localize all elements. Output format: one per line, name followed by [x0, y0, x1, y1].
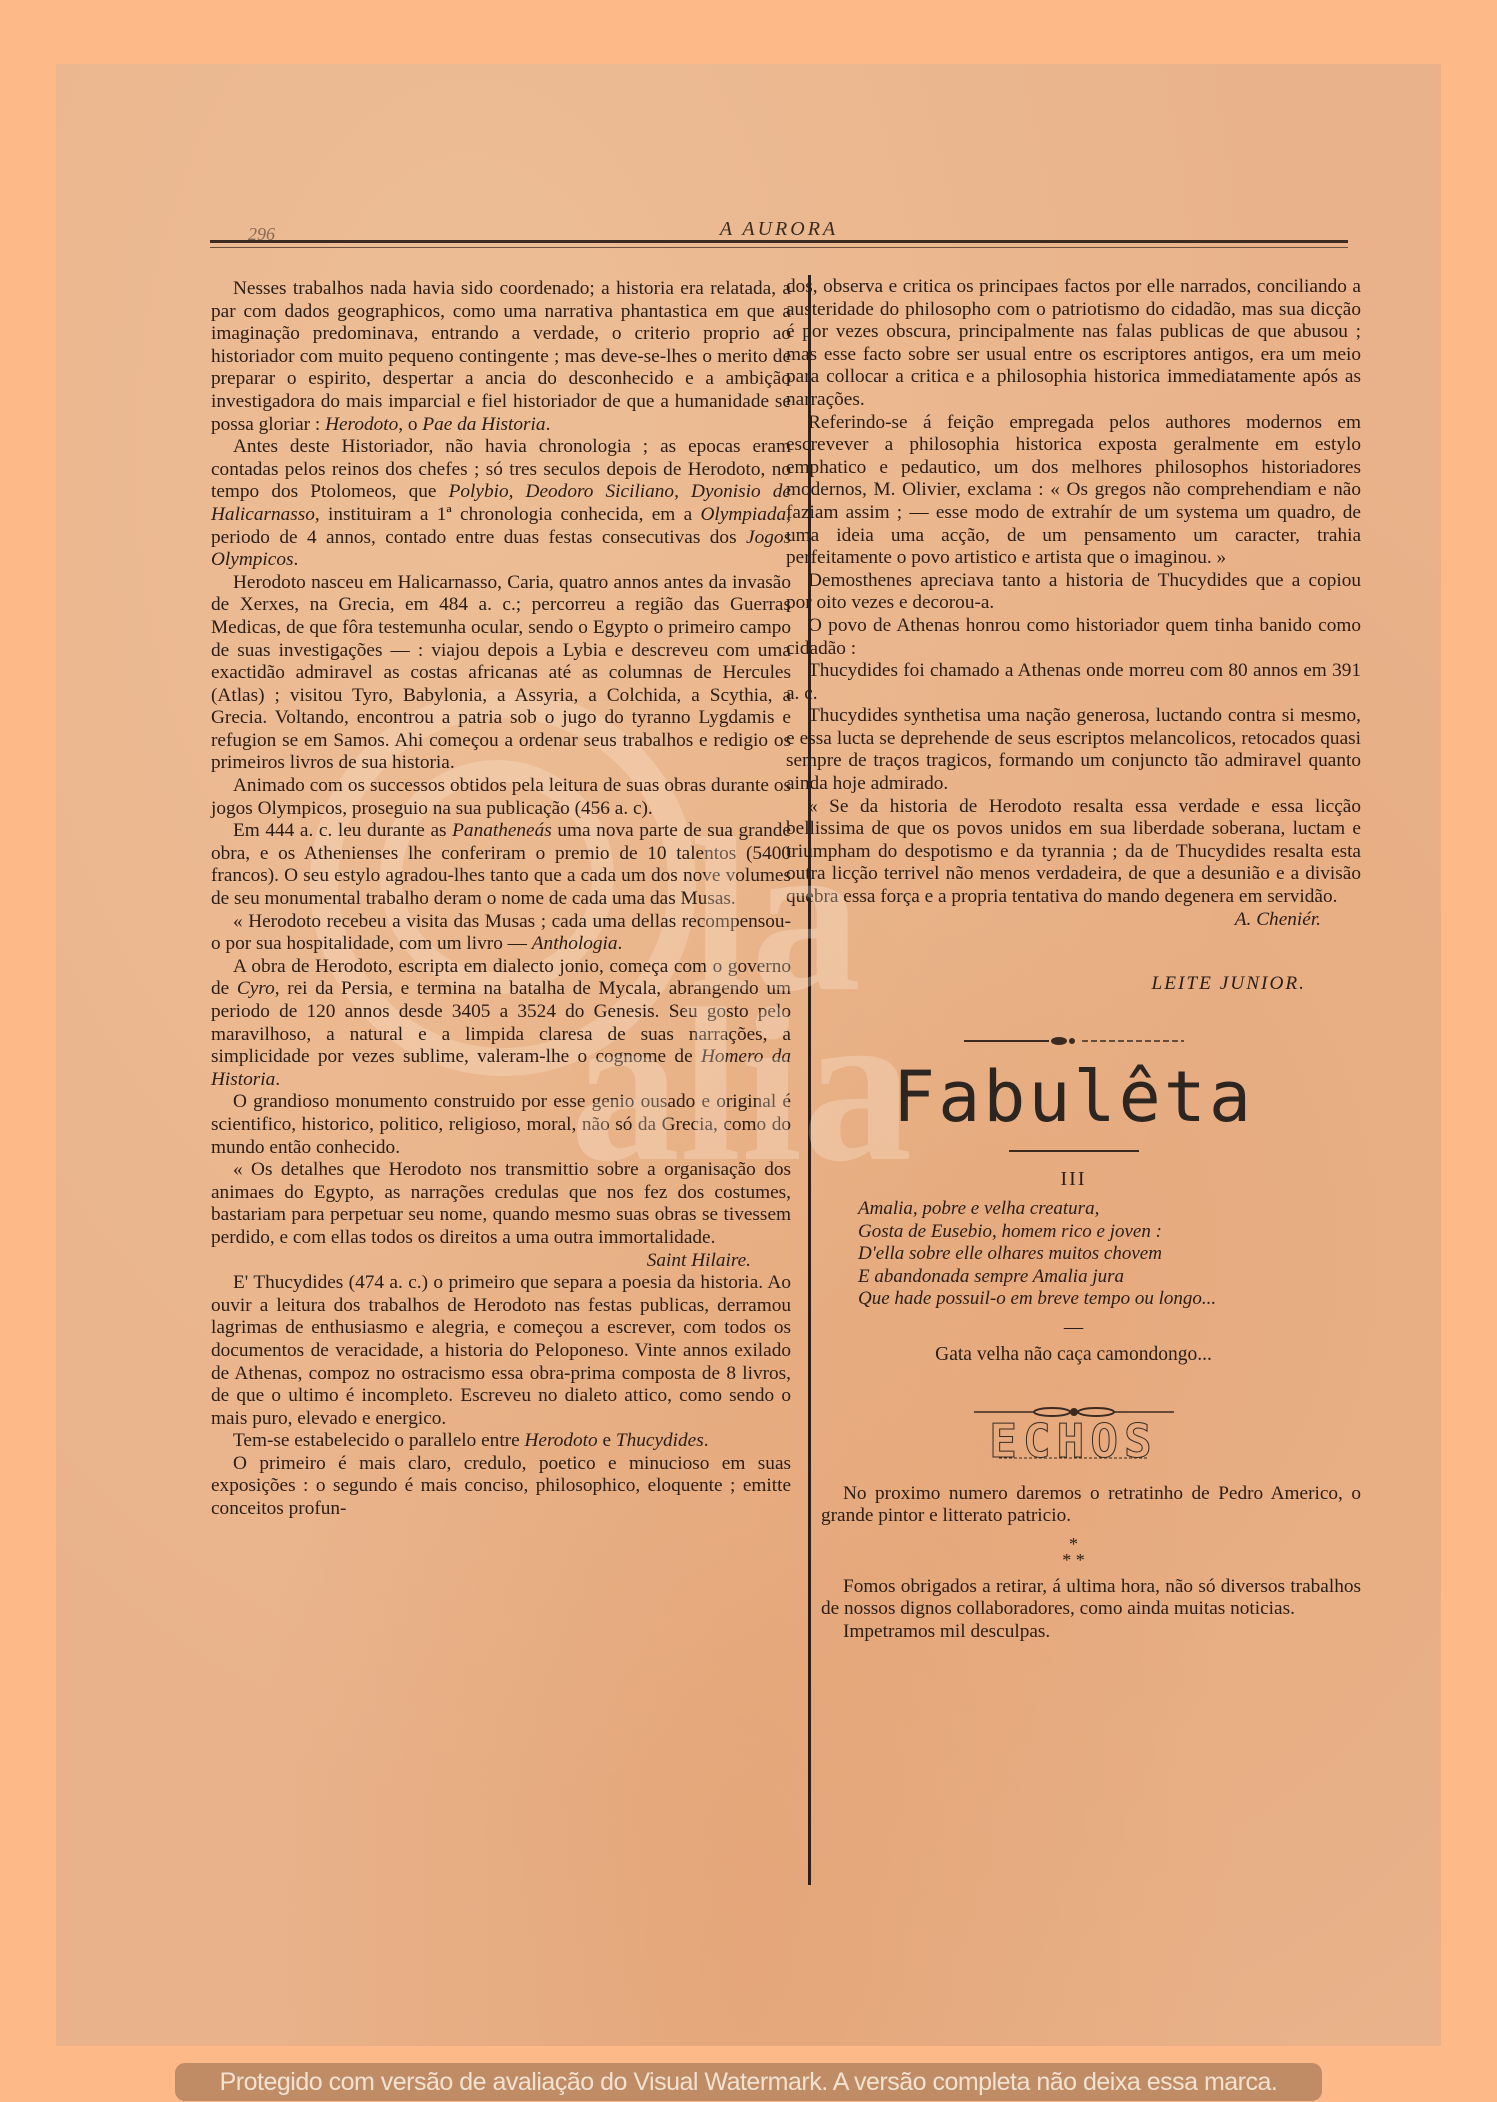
quote-paragraph: « Se da historia de Herodoto resalta ess… — [786, 796, 1361, 909]
quote-paragraph: « Os detalhes que Herodoto nos transmitt… — [211, 1159, 791, 1249]
poem-line: E abandonada sempre Amalia jura — [858, 1266, 1361, 1289]
paragraph: Demosthenes apreciava tanto a historia d… — [786, 570, 1361, 615]
signature-saint-hilaire: Saint Hilaire. — [211, 1250, 791, 1273]
asterism-icon: * * * — [786, 1536, 1361, 1568]
poem-line: Gosta de Eusebio, homem rico e joven : — [858, 1221, 1361, 1244]
echos-paragraph: No proximo numero daremos o retratinho d… — [821, 1483, 1361, 1528]
watermark-notice: Protegido com versão de avaliação do Vis… — [175, 2063, 1322, 2101]
poem-line: Amalia, pobre e velha creatura, — [858, 1198, 1361, 1221]
poem-numeral: III — [786, 1168, 1361, 1191]
echos-title: ECHOS — [786, 1430, 1361, 1453]
fabuleta-title: Fabulêta — [786, 1052, 1361, 1142]
paragraph: Antes deste Historiador, não havia chron… — [211, 436, 791, 572]
poem-line: D'ella sobre elle olhares muitos chovem — [858, 1243, 1361, 1266]
paragraph: O grandioso monumento construido por ess… — [211, 1091, 791, 1159]
ornament-divider-icon — [964, 1034, 1184, 1048]
paragraph: A obra de Herodoto, escripta em dialecto… — [211, 956, 791, 1092]
paragraph: Animado com os successos obtidos pela le… — [211, 775, 791, 820]
paragraph: O povo de Athenas honrou como historiado… — [786, 615, 1361, 660]
short-rule-icon — [1009, 1148, 1139, 1154]
poem-dash: — — [786, 1317, 1361, 1340]
quote-paragraph: « Herodoto recebeu a visita das Musas ; … — [211, 911, 791, 956]
journal-title: A AURORA — [210, 218, 1348, 241]
paragraph: Thucydides synthetisa uma nação generosa… — [786, 705, 1361, 795]
poem-line: Que hade possuil-o em breve tempo ou lon… — [858, 1288, 1361, 1311]
paragraph: Thucydides foi chamado a Athenas onde mo… — [786, 660, 1361, 705]
paragraph: Em 444 a. c. leu durante as Panatheneás … — [211, 820, 791, 910]
header-rule — [210, 240, 1348, 248]
paragraph: Referindo-se á feição empregada pelos au… — [786, 412, 1361, 570]
echos-paragraph: Fomos obrigados a retirar, á ultima hora… — [821, 1576, 1361, 1621]
paragraph: O primeiro é mais claro, credulo, poetic… — [211, 1453, 791, 1521]
fable-moral: Gata velha não caça camondongo... — [786, 1344, 1361, 1367]
echos-paragraph: Impetramos mil desculpas. — [821, 1621, 1361, 1644]
paragraph: dos, observa e critica os principaes fac… — [786, 276, 1361, 412]
signature-chenier: A. Cheniér. — [786, 909, 1361, 932]
article-author: LEITE JUNIOR. — [786, 973, 1361, 996]
paragraph: E' Thucydides (474 a. c.) o primeiro que… — [211, 1272, 791, 1430]
poem: Amalia, pobre e velha creatura, Gosta de… — [858, 1198, 1361, 1311]
paragraph: Herodoto nasceu em Halicarnasso, Caria, … — [211, 572, 791, 775]
paragraph: Nesses trabalhos nada havia sido coorden… — [211, 278, 791, 436]
right-column: dos, observa e critica os principaes fac… — [786, 276, 1361, 1644]
left-column: Nesses trabalhos nada havia sido coorden… — [211, 278, 791, 1521]
paragraph: Tem-se estabelecido o parallelo entre He… — [211, 1430, 791, 1453]
